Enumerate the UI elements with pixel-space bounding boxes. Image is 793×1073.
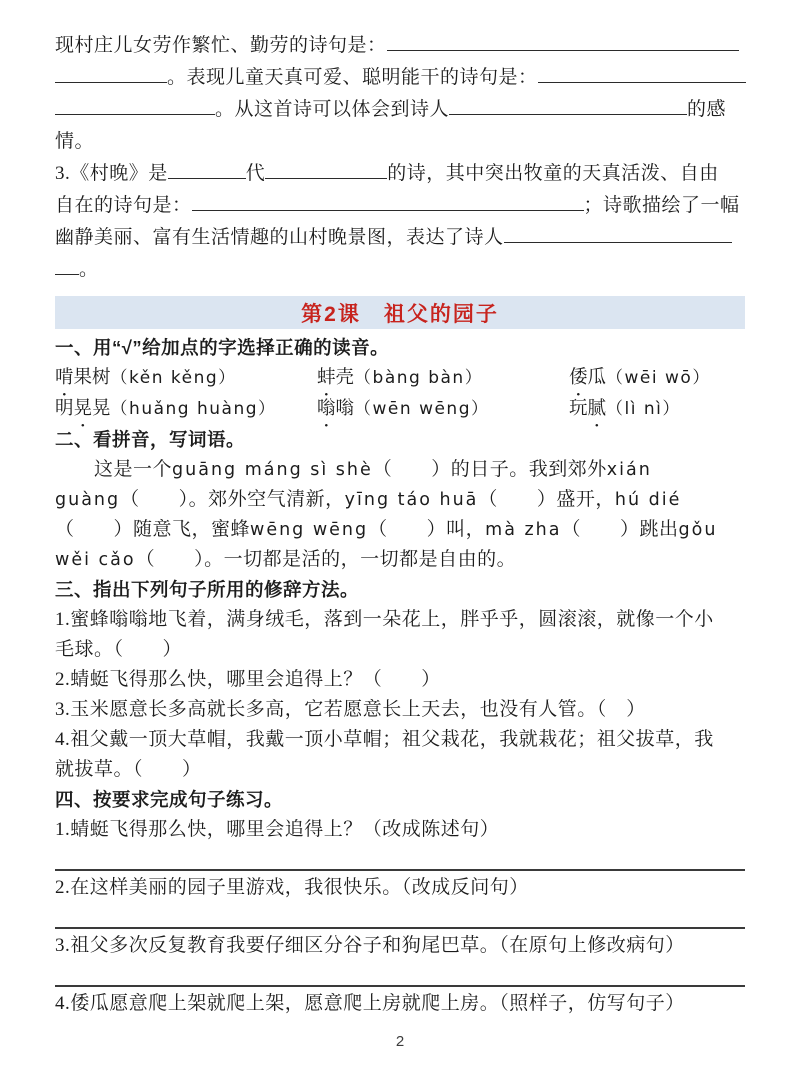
text-segment: mà zha	[485, 520, 561, 540]
rhetoric-question-block: 1.蜜蜂嗡嗡地飞着，满身绒毛，落到一朵花上，胖乎乎，圆滚滚，就像一个小毛球。（ …	[55, 605, 745, 785]
text-line: 这是一个guāng máng sì shè（ ）的日子。我到郊外xián	[55, 455, 745, 485]
text-segment: 3.玉米愿意长多高就长多高，它若愿意长上天去，也没有人管。（ ）	[55, 699, 646, 720]
lesson-title-band: 第2课 祖父的园子	[55, 296, 745, 329]
text-segment: 3.《村晚》是	[55, 163, 168, 184]
poem-fill-blank-block: 现村庄儿女劳作繁忙、勤劳的诗句是：。表现儿童天真可爱、聪明能干的诗句是：。从这首…	[55, 30, 745, 286]
text-line: guàng（ ）。郊外空气清新，yīng táo huā（ ）盛开，hú dié	[55, 485, 745, 515]
fill-in-blank	[449, 99, 687, 115]
text-segment: 2.蜻蜓飞得那么快，哪里会追得上？（ ）	[55, 669, 441, 690]
text-line: 。从这首诗可以体会到诗人的感	[55, 94, 745, 126]
text-line: 2.蜻蜓飞得那么快，哪里会追得上？（ ）	[55, 665, 745, 695]
pinyin-choice-item: 啃果树（kěn kěng）	[55, 363, 317, 394]
text-segment: 现村庄儿女劳作繁忙、勤劳的诗句是：	[55, 35, 387, 56]
text-segment: （ ）随意飞，蜜蜂	[55, 519, 250, 540]
text-line: 3.玉米愿意长多高就长多高，它若愿意长上天去，也没有人管。（ ）	[55, 695, 745, 725]
section-1-heading: 一、用“√”给加点的字选择正确的读音。	[55, 333, 745, 363]
pinyin-options: （bàng bàn）	[354, 368, 483, 388]
lesson-title: 第2课 祖父的园子	[301, 298, 499, 328]
text-segment: 。	[79, 259, 99, 280]
fill-in-blank	[265, 163, 387, 179]
text-line: 毛球。（ ）	[55, 635, 745, 665]
text-line: 。表现儿童天真可爱、聪明能干的诗句是：	[55, 62, 745, 94]
text-segment: guāng máng sì shè	[172, 460, 373, 480]
pinyin-choice-item: 明晃晃（huǎng huàng）	[55, 394, 317, 425]
text-line: 自在的诗句是：；诗歌描绘了一幅	[55, 190, 745, 222]
exercise-item: 3.祖父多次反复教育我要仔细区分谷子和狗尾巴草。（在原句上修改病句）	[55, 931, 745, 961]
word: 蚌壳	[317, 368, 354, 388]
text-line: 就拔草。（ ）	[55, 755, 745, 785]
text-segment: （ ）跳出	[562, 519, 679, 540]
pinyin-options: （kěn kěng）	[111, 368, 237, 388]
word: 倭瓜	[569, 368, 606, 388]
pinyin-choice-item: 玩腻（lì nì）	[569, 394, 745, 425]
text-segment: 自在的诗句是：	[55, 195, 192, 216]
text-segment: 的感	[687, 99, 726, 120]
exercise-item: 1.蜻蜓飞得那么快，哪里会追得上？（改成陈述句）	[55, 815, 745, 845]
dotted-character: 倭	[569, 363, 588, 394]
text-line: 1.蜜蜂嗡嗡地飞着，满身绒毛，落到一朵花上，胖乎乎，圆滚滚，就像一个小	[55, 605, 745, 635]
sentence-exercise-list: 1.蜻蜓飞得那么快，哪里会追得上？（改成陈述句）2.在这样美丽的园子里游戏，我很…	[55, 815, 745, 1019]
text-segment: 代	[246, 163, 266, 184]
dotted-character: 蚌	[317, 363, 336, 394]
text-segment: （ ）。一切都是活的，一切都是自由的。	[136, 549, 517, 570]
text-segment: yīng táo huā	[345, 490, 479, 510]
page-number: 2	[55, 1033, 745, 1050]
fill-in-blank	[55, 99, 215, 115]
text-segment: （ ）盛开，	[478, 489, 615, 510]
fill-in-blank	[192, 195, 584, 211]
dotted-character: 啃	[55, 363, 74, 394]
fill-in-blank	[504, 227, 732, 243]
pinyin-writing-passage: 这是一个guāng máng sì shè（ ）的日子。我到郊外xiánguàn…	[55, 455, 745, 575]
text-segment: xián	[607, 460, 652, 480]
text-line: wěi cǎo（ ）。一切都是活的，一切都是自由的。	[55, 545, 745, 575]
exercise-item: 4.倭瓜愿意爬上架就爬上架，愿意爬上房就爬上房。（照样子，仿写句子）	[55, 989, 745, 1019]
fill-in-blank	[55, 67, 167, 83]
text-segment: 。表现儿童天真可爱、聪明能干的诗句是：	[167, 67, 538, 88]
text-line: 幽静美丽、富有生活情趣的山村晚景图，表达了诗人	[55, 222, 745, 254]
worksheet-page: 现村庄儿女劳作繁忙、勤劳的诗句是：。表现儿童天真可爱、聪明能干的诗句是：。从这首…	[0, 0, 793, 1073]
pinyin-choice-item: 嗡嗡（wēn wēng）	[317, 394, 569, 425]
text-segment: 情。	[55, 131, 94, 152]
section-3-heading: 三、指出下列句子所用的修辞方法。	[55, 575, 745, 605]
dotted-character: 嗡	[317, 394, 336, 425]
text-line: 3.《村晚》是代的诗，其中突出牧童的天真活泼、自由	[55, 158, 745, 190]
text-segment: 。从这首诗可以体会到诗人	[215, 99, 449, 120]
pinyin-choice-item: 蚌壳（bàng bàn）	[317, 363, 569, 394]
pinyin-options: （lì nì）	[606, 399, 681, 419]
fill-in-blank	[55, 259, 79, 275]
text-segment: guàng	[55, 490, 120, 510]
text-line: 现村庄儿女劳作繁忙、勤劳的诗句是：	[55, 30, 745, 62]
word: 嗡嗡	[317, 399, 354, 419]
fill-in-blank	[387, 35, 739, 51]
text-segment: （ ）的日子。我到郊外	[373, 459, 607, 480]
answer-line	[55, 985, 745, 987]
word: 明晃晃	[55, 399, 111, 419]
text-line: 4.祖父戴一顶大草帽，我戴一顶小草帽；祖父栽花，我就栽花；祖父拔草，我	[55, 725, 745, 755]
text-segment: 幽静美丽、富有生活情趣的山村晚景图，表达了诗人	[55, 227, 504, 248]
text-segment: 的诗，其中突出牧童的天真活泼、自由	[387, 163, 719, 184]
text-segment: （ ）叫，	[368, 519, 485, 540]
text-segment: wēng wēng	[250, 520, 368, 540]
answer-line	[55, 869, 745, 871]
text-segment: （ ）。郊外空气清新，	[120, 489, 345, 510]
word: 玩腻	[569, 399, 606, 419]
text-segment: wěi cǎo	[55, 550, 136, 570]
text-segment: ；诗歌描绘了一幅	[584, 195, 740, 216]
text-line: 。	[55, 254, 745, 286]
pinyin-options: （wēn wēng）	[354, 399, 489, 419]
answer-line	[55, 927, 745, 929]
pinyin-options: （huǎng huàng）	[111, 399, 277, 419]
section-4-heading: 四、按要求完成句子练习。	[55, 785, 745, 815]
text-line: （ ）随意飞，蜜蜂wēng wēng（ ）叫，mà zha（ ）跳出gǒu	[55, 515, 745, 545]
text-segment: 1.蜜蜂嗡嗡地飞着，满身绒毛，落到一朵花上，胖乎乎，圆滚滚，就像一个小	[55, 609, 714, 630]
text-segment: 4.祖父戴一顶大草帽，我戴一顶小草帽；祖父栽花，我就栽花；祖父拔草，我	[55, 729, 714, 750]
dotted-character: 晃	[74, 394, 93, 425]
text-segment: hú dié	[615, 490, 681, 510]
dotted-character: 腻	[588, 394, 607, 425]
text-segment: 就拔草。（ ）	[55, 759, 202, 780]
pinyin-choice-grid: 啃果树（kěn kěng）蚌壳（bàng bàn）倭瓜（wēi wō）明晃晃（h…	[55, 363, 745, 425]
text-line: 情。	[55, 126, 745, 158]
pinyin-options: （wēi wō）	[606, 368, 711, 388]
pinyin-choice-item: 倭瓜（wēi wō）	[569, 363, 745, 394]
text-segment: 这是一个	[55, 459, 172, 480]
fill-in-blank	[168, 163, 246, 179]
section-2-heading: 二、看拼音，写词语。	[55, 425, 745, 455]
text-segment: gǒu	[679, 520, 718, 540]
fill-in-blank	[538, 67, 746, 83]
word: 啃果树	[55, 368, 111, 388]
text-segment: 毛球。（ ）	[55, 639, 182, 660]
exercise-item: 2.在这样美丽的园子里游戏，我很快乐。（改成反问句）	[55, 873, 745, 903]
